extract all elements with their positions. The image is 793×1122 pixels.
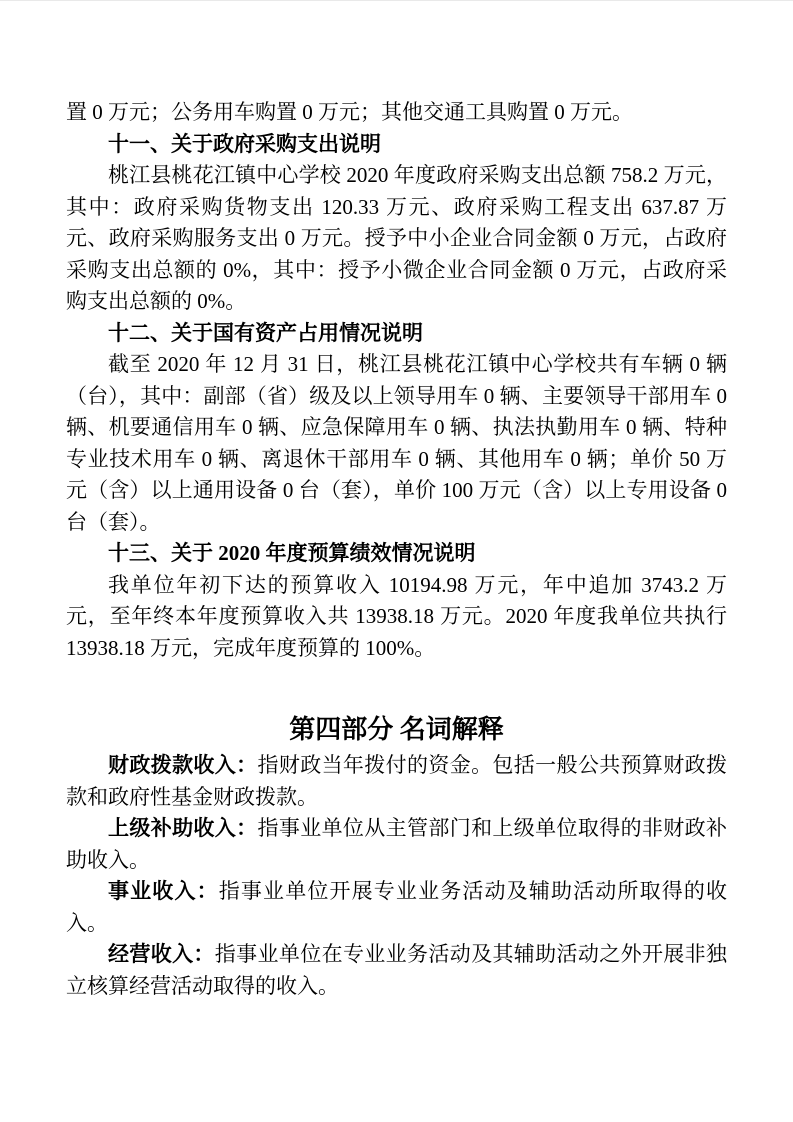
section-heading: 十二、关于国有资产占用情况说明 bbox=[66, 318, 727, 350]
definition-paragraph: 事业收入：指事业单位开展专业业务活动及辅助活动所取得的收入。 bbox=[66, 876, 727, 939]
body-paragraph: 截至 2020 年 12 月 31 日，桃江县桃花江镇中心学校共有车辆 0 辆（… bbox=[66, 349, 727, 538]
definition-paragraph: 上级补助收入：指事业单位从主管部门和上级单位取得的非财政补助收入。 bbox=[66, 813, 727, 876]
section-heading: 十三、关于 2020 年度预算绩效情况说明 bbox=[66, 538, 727, 570]
definition-term: 事业收入： bbox=[108, 879, 219, 903]
definition-paragraph: 财政拨款收入：指财政当年拨付的资金。包括一般公共预算财政拨款和政府性基金财政拨款… bbox=[66, 750, 727, 813]
section-heading: 十一、关于政府采购支出说明 bbox=[66, 129, 727, 161]
definition-term: 上级补助收入： bbox=[108, 816, 258, 840]
definition-term: 经营收入： bbox=[108, 942, 215, 966]
document-body: 置 0 万元；公务用车购置 0 万元；其他交通工具购置 0 万元。十一、关于政府… bbox=[66, 97, 727, 1002]
definition-term: 财政拨款收入： bbox=[108, 753, 258, 777]
paragraph-continuation: 置 0 万元；公务用车购置 0 万元；其他交通工具购置 0 万元。 bbox=[66, 97, 727, 129]
part-title: 第四部分 名词解释 bbox=[66, 710, 727, 750]
body-paragraph: 我单位年初下达的预算收入 10194.98 万元，年中追加 3743.2 万元，… bbox=[66, 570, 727, 665]
document-page: 置 0 万元；公务用车购置 0 万元；其他交通工具购置 0 万元。十一、关于政府… bbox=[0, 0, 793, 1122]
definition-paragraph: 经营收入：指事业单位在专业业务活动及其辅助活动之外开展非独立核算经营活动取得的收… bbox=[66, 939, 727, 1002]
body-paragraph: 桃江县桃花江镇中心学校 2020 年度政府采购支出总额 758.2 万元，其中：… bbox=[66, 160, 727, 318]
